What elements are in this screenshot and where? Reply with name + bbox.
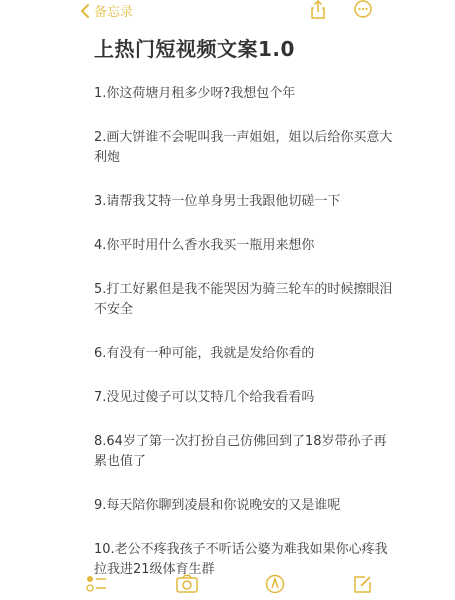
list-item: 8.64岁了第一次打扮自己仿佛回到了18岁带孙子再累也值了 [94, 432, 394, 472]
list-item: 3.请帮我艾特一位单身男士我跟他切磋一下 [94, 192, 394, 212]
share-icon [309, 0, 327, 20]
more-button[interactable] [353, 0, 373, 24]
compose-icon [353, 574, 373, 594]
checklist-button[interactable] [86, 574, 108, 598]
more-icon [353, 0, 373, 20]
list-item: 5.打工好累但是我不能哭因为骑三轮车的时候擦眼泪不安全 [94, 280, 394, 320]
list-item: 1.你这荷塘月租多少呀?我想包个年 [94, 84, 394, 104]
bottom-toolbar [0, 574, 455, 598]
camera-icon [176, 574, 198, 594]
chevron-left-icon [80, 3, 90, 19]
back-button[interactable]: 备忘录 [80, 1, 133, 20]
compose-button[interactable] [353, 574, 373, 598]
list-item: 6.有没有一种可能，我就是发给你看的 [94, 344, 394, 364]
navigation-bar: 备忘录 [0, 0, 455, 22]
note-body[interactable]: 1.你这荷塘月租多少呀?我想包个年 2.画大饼谁不会呢叫我一声姐姐，姐以后给你买… [94, 84, 394, 600]
share-button[interactable] [309, 0, 327, 24]
checklist-icon [86, 574, 108, 594]
note-title: 上热门短视频文案1.0 [94, 33, 295, 62]
list-item: 7.没见过傻子可以艾特几个给我看看吗 [94, 388, 394, 408]
markup-icon [265, 574, 285, 594]
markup-button[interactable] [265, 574, 285, 598]
camera-button[interactable] [176, 574, 198, 598]
list-item: 2.画大饼谁不会呢叫我一声姐姐，姐以后给你买意大利炮 [94, 128, 394, 168]
back-label: 备忘录 [94, 1, 133, 20]
list-item: 4.你平时用什么香水我买一瓶用来想你 [94, 236, 394, 256]
list-item: 9.每天陪你聊到凌晨和你说晚安的又是谁呢 [94, 496, 394, 516]
